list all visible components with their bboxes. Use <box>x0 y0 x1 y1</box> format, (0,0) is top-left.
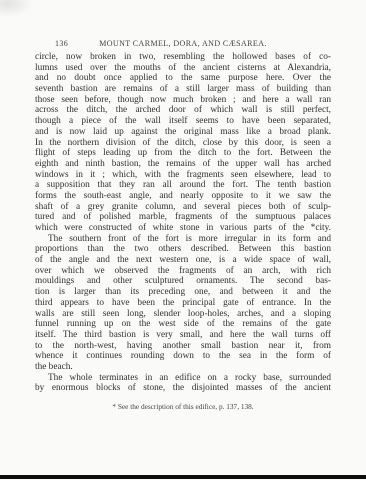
text-line: whence it continues rounding down to the… <box>35 351 331 362</box>
text-line: shaft of a grey granite column, and seve… <box>35 202 331 213</box>
text-line: lumns used over the mouths of the ancien… <box>35 63 331 74</box>
text-line: which were constructed of white stone in… <box>35 223 331 234</box>
text-line: the beach. <box>35 362 331 373</box>
footnote: * See the description of this edifice, p… <box>35 402 331 411</box>
text-line: a supposition that they ran all around t… <box>35 180 331 191</box>
text-line: those seen before, though now much broke… <box>35 95 331 106</box>
text-line: third appears to have been the principal… <box>35 298 331 309</box>
book-page: 136 MOUNT CARMEL, DORA, AND CÆSAREA. cir… <box>0 0 366 480</box>
text-line: over which we observed the fragments of … <box>35 266 331 277</box>
text-line: seventh bastion are remains of a still l… <box>35 84 331 95</box>
text-line: itself. The third bastion is very small,… <box>35 330 331 341</box>
text-line: of the angle and the next western one, i… <box>35 255 331 266</box>
text-line: walls are still seen long, slender loop-… <box>35 309 331 320</box>
paragraph-whole-terminates: The whole terminates in an edifice on a … <box>35 373 331 394</box>
text-line: to the north-west, having another small … <box>35 341 331 352</box>
body-text-block: circle, now broken in two, resembling th… <box>35 52 331 394</box>
text-line: proportions than the two others describe… <box>35 244 331 255</box>
scan-edge-artifact <box>0 475 366 479</box>
text-line: though a piece of the wall itself seems … <box>35 116 331 127</box>
text-line: by enormous blocks of stone, the disjoin… <box>35 383 331 394</box>
text-line: In the northern division of the ditch, c… <box>35 138 331 149</box>
text-line: The southern front of the fort is more i… <box>35 234 331 245</box>
text-line: flight of steps leading up from the ditc… <box>35 148 331 159</box>
text-line: tured and of polished marble, fragments … <box>35 212 331 223</box>
scan-corner-artifact <box>0 0 34 18</box>
text-line: The whole terminates in an edifice on a … <box>35 373 331 384</box>
chapter-running-title: MOUNT CARMEL, DORA, AND CÆSAREA. <box>35 39 331 48</box>
text-line: and no doubt once applied to the same pu… <box>35 73 331 84</box>
text-line: across the ditch, the arched door of whi… <box>35 105 331 116</box>
text-line: circle, now broken in two, resembling th… <box>35 52 331 63</box>
paragraph-southern-front: The southern front of the fort is more i… <box>35 234 331 373</box>
text-line: windows in it ; which, with the fragment… <box>35 170 331 181</box>
text-line: and is now laid up against the original … <box>35 127 331 138</box>
text-line: funnel running up on the west side of th… <box>35 319 331 330</box>
text-line: eighth and ninth bastion, the remains of… <box>35 159 331 170</box>
text-line: tion is larger than its preceding one, a… <box>35 287 331 298</box>
running-head: 136 MOUNT CARMEL, DORA, AND CÆSAREA. <box>35 39 331 51</box>
text-line: mouldings and other sculptured ornaments… <box>35 276 331 287</box>
paragraph-continuation: circle, now broken in two, resembling th… <box>35 52 331 234</box>
text-line: forms the south-east angle, and nearly o… <box>35 191 331 202</box>
